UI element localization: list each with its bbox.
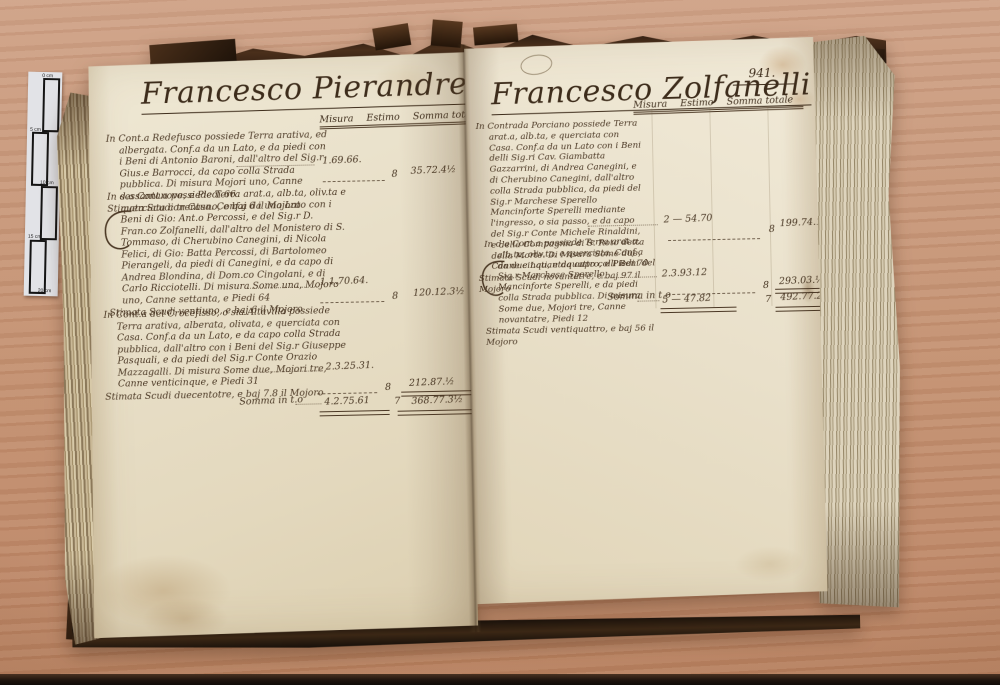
table-edge-shadow	[0, 674, 1000, 685]
total-rule	[775, 306, 823, 312]
manuscript-book: Francesco Pierandrei Misura Estimo Somma…	[54, 17, 907, 650]
ruler-segment	[29, 240, 47, 294]
total-estimo: 7	[394, 396, 400, 407]
ink-showthrough-mark	[519, 52, 554, 77]
estimo-value: 8	[385, 382, 391, 393]
total-misura: 5 — 47.82	[662, 293, 711, 306]
ledger-entry: In Cont.a del Crocefisso, o sia Altavill…	[103, 305, 353, 403]
estimo-value: 8	[391, 169, 397, 180]
entry-text: In Cont.a del Crocefisso, o sia Altavill…	[103, 305, 353, 391]
column-rule	[767, 106, 772, 306]
archival-photo: 0 cm 5 cm 10 cm 15 cm 20 cm Francesco Pi…	[0, 0, 1000, 685]
estimo-value: 8	[769, 224, 775, 235]
ruler-label-10cm: 10 cm	[40, 180, 54, 186]
dash-line	[320, 301, 384, 303]
estimo-value: 8	[763, 280, 769, 291]
misura-value: 1.69.66.	[322, 154, 362, 166]
misura-value: 2 — 54.70	[663, 213, 712, 226]
total-label: Somma in t.o	[239, 394, 303, 407]
ruler-segment	[31, 132, 49, 186]
misura-value: 2.3.93.12	[662, 267, 708, 280]
total-rule	[660, 307, 736, 314]
ruler-segment	[40, 186, 58, 240]
leather-chip	[372, 23, 411, 50]
entry-stima: Stimata Scudi ventiquattro, e baj 56 il …	[486, 324, 658, 349]
dash-line	[323, 180, 385, 182]
entry-text: In d.a Cont.a possiede Terra arat.a, alb…	[484, 236, 658, 326]
dash-line	[668, 238, 760, 241]
total-misura: 4.2.75.61	[324, 395, 370, 408]
column-header-misura: Misura	[633, 99, 667, 111]
entry-text: In d.a Cont.a possiede Terra arat.a, alb…	[107, 187, 349, 307]
misura-value: 2.3.25.31.	[325, 360, 374, 373]
somma-value: 212.87.½	[409, 376, 455, 389]
column-header-estimo: Estimo	[366, 112, 400, 124]
total-somma: 368.77.3½	[411, 394, 463, 407]
leather-chip	[473, 24, 518, 46]
column-header-misura: Misura	[319, 113, 353, 125]
total-rule	[398, 409, 472, 416]
total-rule	[320, 410, 390, 416]
ruler-label-20cm: 20 cm	[38, 288, 52, 294]
somma-value: 293.03.½	[779, 274, 825, 287]
estimo-value: 8	[392, 291, 398, 302]
ruler-label-15cm: 15 cm	[28, 234, 42, 240]
misura-value: 1.1.70.64.	[320, 275, 369, 288]
page-title-left: Francesco Pierandrei	[140, 66, 478, 112]
ledger-entry: In d.a Cont.a possiede Terra arat.a, alb…	[107, 187, 350, 319]
column-rule	[709, 107, 714, 307]
ruler-label-5cm: 5 cm	[30, 127, 41, 133]
ruler-label-0cm: 0 cm	[42, 73, 53, 79]
total-estimo: 7	[765, 294, 771, 305]
left-page: Francesco Pierandrei Misura Estimo Somma…	[82, 52, 478, 638]
page-stain	[95, 553, 232, 628]
somma-value: 35.72.4½	[410, 164, 456, 177]
somma-value: 120.12.3½	[413, 286, 465, 299]
page-stain	[735, 545, 806, 582]
column-header-somma: Somma totale	[726, 94, 793, 107]
leader-dots	[295, 403, 321, 405]
total-somma: 492.77.2	[780, 290, 823, 303]
right-page: 941. Francesco Zolfanelli Misura Estimo …	[464, 37, 828, 604]
